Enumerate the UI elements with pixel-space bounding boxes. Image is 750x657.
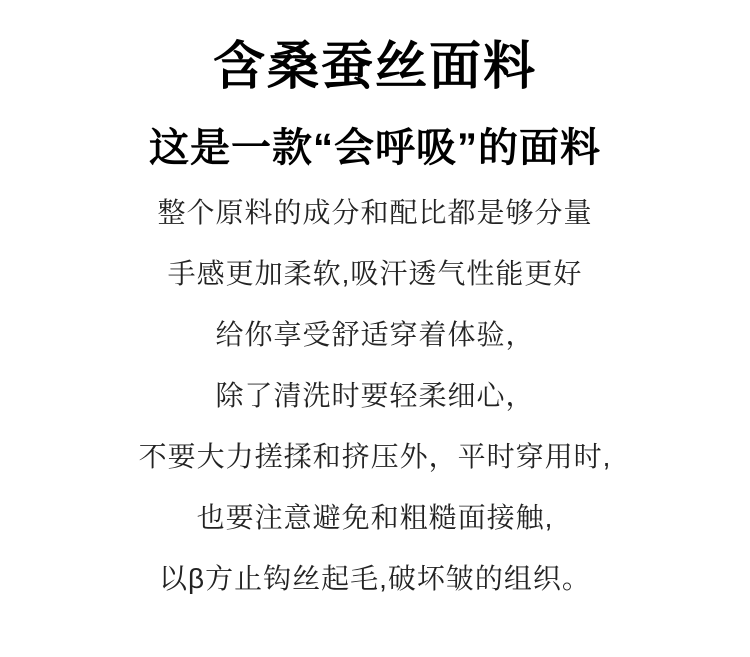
product-description-page: 含桑蚕丝面料 这是一款“会呼吸”的面料 整个原料的成分和配比都是够分量 手感更加… [0, 0, 750, 657]
body-line: 整个原料的成分和配比都是够分量 [0, 182, 750, 243]
body-line: 除了清洗时要轻柔细心， [0, 365, 750, 426]
body-text-block: 整个原料的成分和配比都是够分量 手感更加柔软,吸汗透气性能更好 给你享受舒适穿着… [0, 182, 750, 609]
body-line: 手感更加柔软,吸汗透气性能更好 [0, 243, 750, 304]
body-line: 也要注意避免和粗糙面接触, [0, 487, 750, 548]
page-subtitle: 这是一款“会呼吸”的面料 [0, 124, 750, 172]
body-line: 不要大力搓揉和挤压外，平时穿用时, [0, 426, 750, 487]
page-title: 含桑蚕丝面料 [0, 0, 750, 98]
body-line: 以β方止钩丝起毛,破坏皱的组织。 [0, 548, 750, 609]
body-line: 给你享受舒适穿着体验， [0, 304, 750, 365]
